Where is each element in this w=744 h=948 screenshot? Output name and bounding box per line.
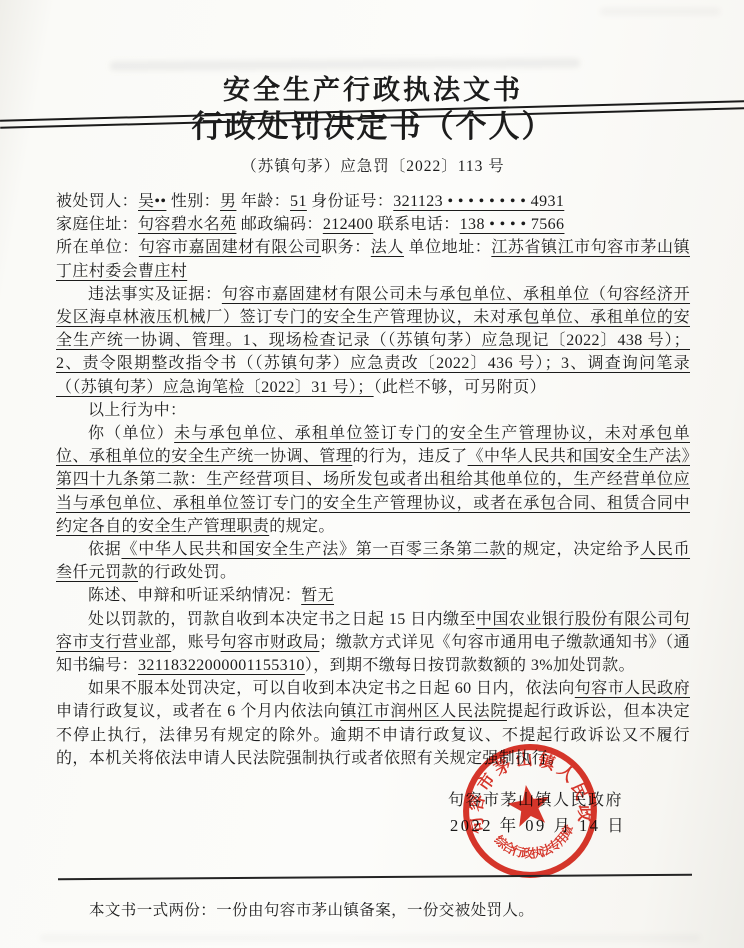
filled-in-value: 32118322000001155310 xyxy=(138,657,305,674)
filled-in-value: 暂无 xyxy=(301,587,334,604)
form-text: ，账号 xyxy=(171,634,220,651)
form-text: 被处罚人： xyxy=(56,193,138,210)
filled-in-value: 51 xyxy=(290,193,307,210)
form-text: 的行为，违反了 xyxy=(352,448,467,465)
facts-paragraph: 违法事实及证据：句容市嘉固建材有限公司未与承包单位、承租单位（句容经济开发区海卓… xyxy=(56,283,690,399)
recipient-line: 被处罚人：吴•• 性别：男 年龄：51 身份证号：321123 • • • • … xyxy=(56,190,690,213)
filled-in-value: 212400 xyxy=(323,216,373,233)
form-text: 单位地址： xyxy=(404,239,491,256)
document-body: 被处罚人：吴•• 性别：男 年龄：51 身份证号：321123 • • • • … xyxy=(56,190,690,770)
document-category-title: 安全生产行政执法文书 xyxy=(56,74,690,106)
penalty-basis-paragraph: 依据《中华人民共和国安全生产法》第一百零三条第二款的规定，决定给予人民币叁仟元罚… xyxy=(56,538,690,584)
form-text: 处以罚款的，罚款自收到本决定书之日起 15 日内缴至 xyxy=(88,611,476,628)
filled-in-value: 句容碧水名苑 xyxy=(138,216,236,233)
scan-artifact xyxy=(40,935,700,941)
employer-line: 所在单位：句容市嘉固建材有限公司职务：法人 单位地址：江苏省镇江市句容市茅山镇丁… xyxy=(56,236,690,282)
document-title: 行政处罚决定书（个人） xyxy=(56,109,690,145)
filled-in-value: 138 • • • • 7566 xyxy=(460,216,565,233)
document-number: （苏镇句茅）应急罚〔2022〕113 号 xyxy=(56,154,690,176)
document-page: 安全生产行政执法文书 行政处罚决定书（个人） （苏镇句茅）应急罚〔2022〕11… xyxy=(0,0,744,948)
filled-in-value: 句容市财政局 xyxy=(221,634,320,651)
official-seal: 句容市茅山镇人民政府 综合行政执法专用章 xyxy=(449,730,611,892)
form-text: 家庭住址： xyxy=(56,216,138,233)
form-text: 你（单位） xyxy=(88,425,174,442)
seal-star-icon xyxy=(505,782,553,829)
form-text: 如果不服本处罚决定，可以自收到本决定书之日起 60 日内，依法向 xyxy=(88,680,575,697)
filled-in-value: 321123 • • • • • • • • 4931 xyxy=(393,193,564,210)
form-text: ），到期不缴每日按罚款数额的 3%加处罚款。 xyxy=(305,657,635,674)
filled-in-value: 男 xyxy=(220,193,236,210)
form-text: 职务： xyxy=(321,239,371,256)
form-text: 身份证号： xyxy=(307,193,393,210)
violation-paragraph: 你（单位）未与承包单位、承租单位签订专门的安全生产管理协议，未对承包单位、承租单… xyxy=(56,422,690,538)
statement-line: 陈述、申辩和听证采纳情况：暂无 xyxy=(56,584,690,607)
form-text: 以上行为中： xyxy=(88,402,186,419)
form-text: 联系电话： xyxy=(373,216,459,233)
filled-in-value: 镇江市润州区人民法院 xyxy=(340,703,507,720)
form-text: 本文书一式两份：一份由句容市茅山镇备案，一份交被处罚人。 xyxy=(89,902,534,919)
form-text: 的规定。 xyxy=(269,518,335,535)
form-text: 的规定，决定给予 xyxy=(506,541,640,558)
form-text: 年龄： xyxy=(236,193,290,210)
footer-note: 本文书一式两份：一份由句容市茅山镇备案，一份交被处罚人。 xyxy=(58,900,692,922)
form-text: 的行政处罚。 xyxy=(138,564,236,581)
footer-divider-rule xyxy=(58,874,692,880)
conduct-intro-line: 以上行为中： xyxy=(56,399,690,422)
appeal-paragraph: 如果不服本处罚决定，可以自收到本决定书之日起 60 日内，依法向句容市人民政府申… xyxy=(56,677,690,770)
form-text: 依据 xyxy=(88,541,121,558)
filled-in-value: 句容市人民政府 xyxy=(575,680,690,697)
filled-in-value: 法人 xyxy=(371,239,404,256)
filled-in-value: 句容市嘉固建材有限公司 xyxy=(139,239,321,256)
form-text: 所在单位： xyxy=(56,239,139,256)
form-text: 性别： xyxy=(166,193,220,210)
form-text: 邮政编码： xyxy=(236,216,322,233)
document-content: 安全生产行政执法文书 行政处罚决定书（个人） （苏镇句茅）应急罚〔2022〕11… xyxy=(56,74,690,770)
filled-in-value: 吴•• xyxy=(138,193,166,210)
form-text: 违法事实及证据： xyxy=(88,286,222,303)
payment-paragraph: 处以罚款的，罚款自收到本决定书之日起 15 日内缴至中国农业银行股份有限公司句容… xyxy=(56,608,690,678)
form-text: 陈述、申辩和听证采纳情况： xyxy=(88,587,301,604)
address-line: 家庭住址：句容碧水名苑 邮政编码：212400 联系电话：138 • • • •… xyxy=(56,213,690,236)
scan-artifact xyxy=(110,58,580,70)
filled-in-value: 《中华人民共和国安全生产法》第一百零三条第二款 xyxy=(121,541,506,558)
form-text: 申请行政复议，或者在 6 个月内依法向 xyxy=(56,703,340,720)
scan-artifact xyxy=(600,8,720,15)
form-text: （此栏不够，可另附页） xyxy=(374,379,546,396)
